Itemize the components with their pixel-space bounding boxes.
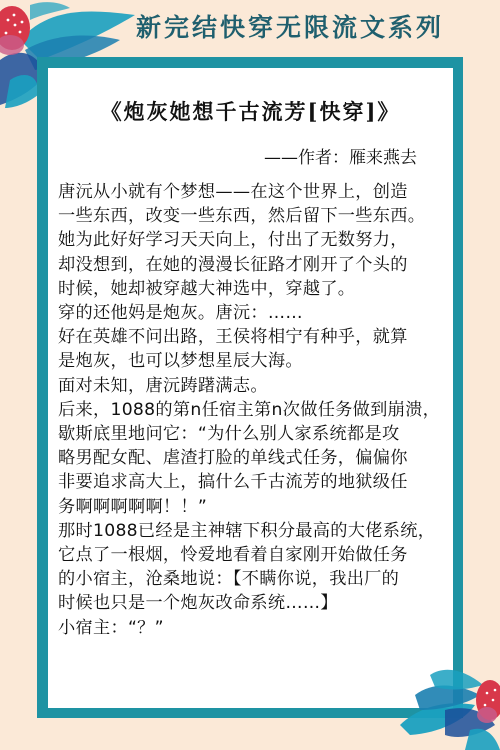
synopsis-line: 时候，她却被穿越大神选中，穿越了。 [58, 277, 458, 301]
synopsis-line: 非要追求高大上，搞什么千古流芳的地狱级任 [58, 470, 458, 494]
synopsis-line: 的小宿主，沧桑地说：【不瞒你说，我出厂的 [58, 567, 458, 591]
synopsis-line: 歇斯底里地问它：“为什么别人家系统都是攻 [58, 422, 458, 446]
synopsis-line: 小宿主：“？” [58, 616, 458, 640]
synopsis-line: 务啊啊啊啊啊！！” [58, 495, 458, 519]
book-frame: 《炮灰她想千古流芳[快穿]》 ——作者：雁来燕去 唐沅从小就有个梦想——在这个世… [37, 57, 463, 718]
book-title: 《炮灰她想千古流芳[快穿]》 [48, 96, 453, 126]
author-line: ——作者：雁来燕去 [264, 143, 417, 168]
synopsis-line: 穿的还他妈是炮灰。唐沅：…… [58, 301, 458, 325]
synopsis-line: 它点了一根烟，怜爱地看着自家刚开始做任务 [58, 543, 458, 567]
synopsis-line: 略男配女配、虐渣打脸的单线式任务，偏偏你 [58, 446, 458, 470]
synopsis-line: 她为此好好学习天天向上，付出了无数努力， [58, 228, 458, 252]
synopsis-line: 那时1088已经是主神辖下积分最高的大佬系统， [58, 519, 458, 543]
synopsis-line: 时候也只是一个炮灰改命系统……】 [58, 591, 458, 615]
synopsis-line: 面对未知，唐沅踌躇满志。 [58, 374, 458, 398]
synopsis: 唐沅从小就有个梦想——在这个世界上，创造 一些东西，改变一些东西，然后留下一些东… [58, 180, 458, 640]
synopsis-line: 好在英雄不问出路，王侯将相宁有种乎，就算 [58, 325, 458, 349]
synopsis-line: 一些东西，改变一些东西，然后留下一些东西。 [58, 204, 458, 228]
book-card: 《炮灰她想千古流芳[快穿]》 ——作者：雁来燕去 唐沅从小就有个梦想——在这个世… [48, 68, 453, 708]
synopsis-line: 后来，1088的第n任宿主第n次做任务做到崩溃， [58, 398, 458, 422]
synopsis-line: 唐沅从小就有个梦想——在这个世界上，创造 [58, 180, 458, 204]
series-title: 新完结快穿无限流文系列 [136, 8, 466, 48]
synopsis-line: 却没想到，在她的漫漫长征路才刚开了个头的 [58, 253, 458, 277]
synopsis-line: 是炮灰，也可以梦想星辰大海。 [58, 349, 458, 373]
